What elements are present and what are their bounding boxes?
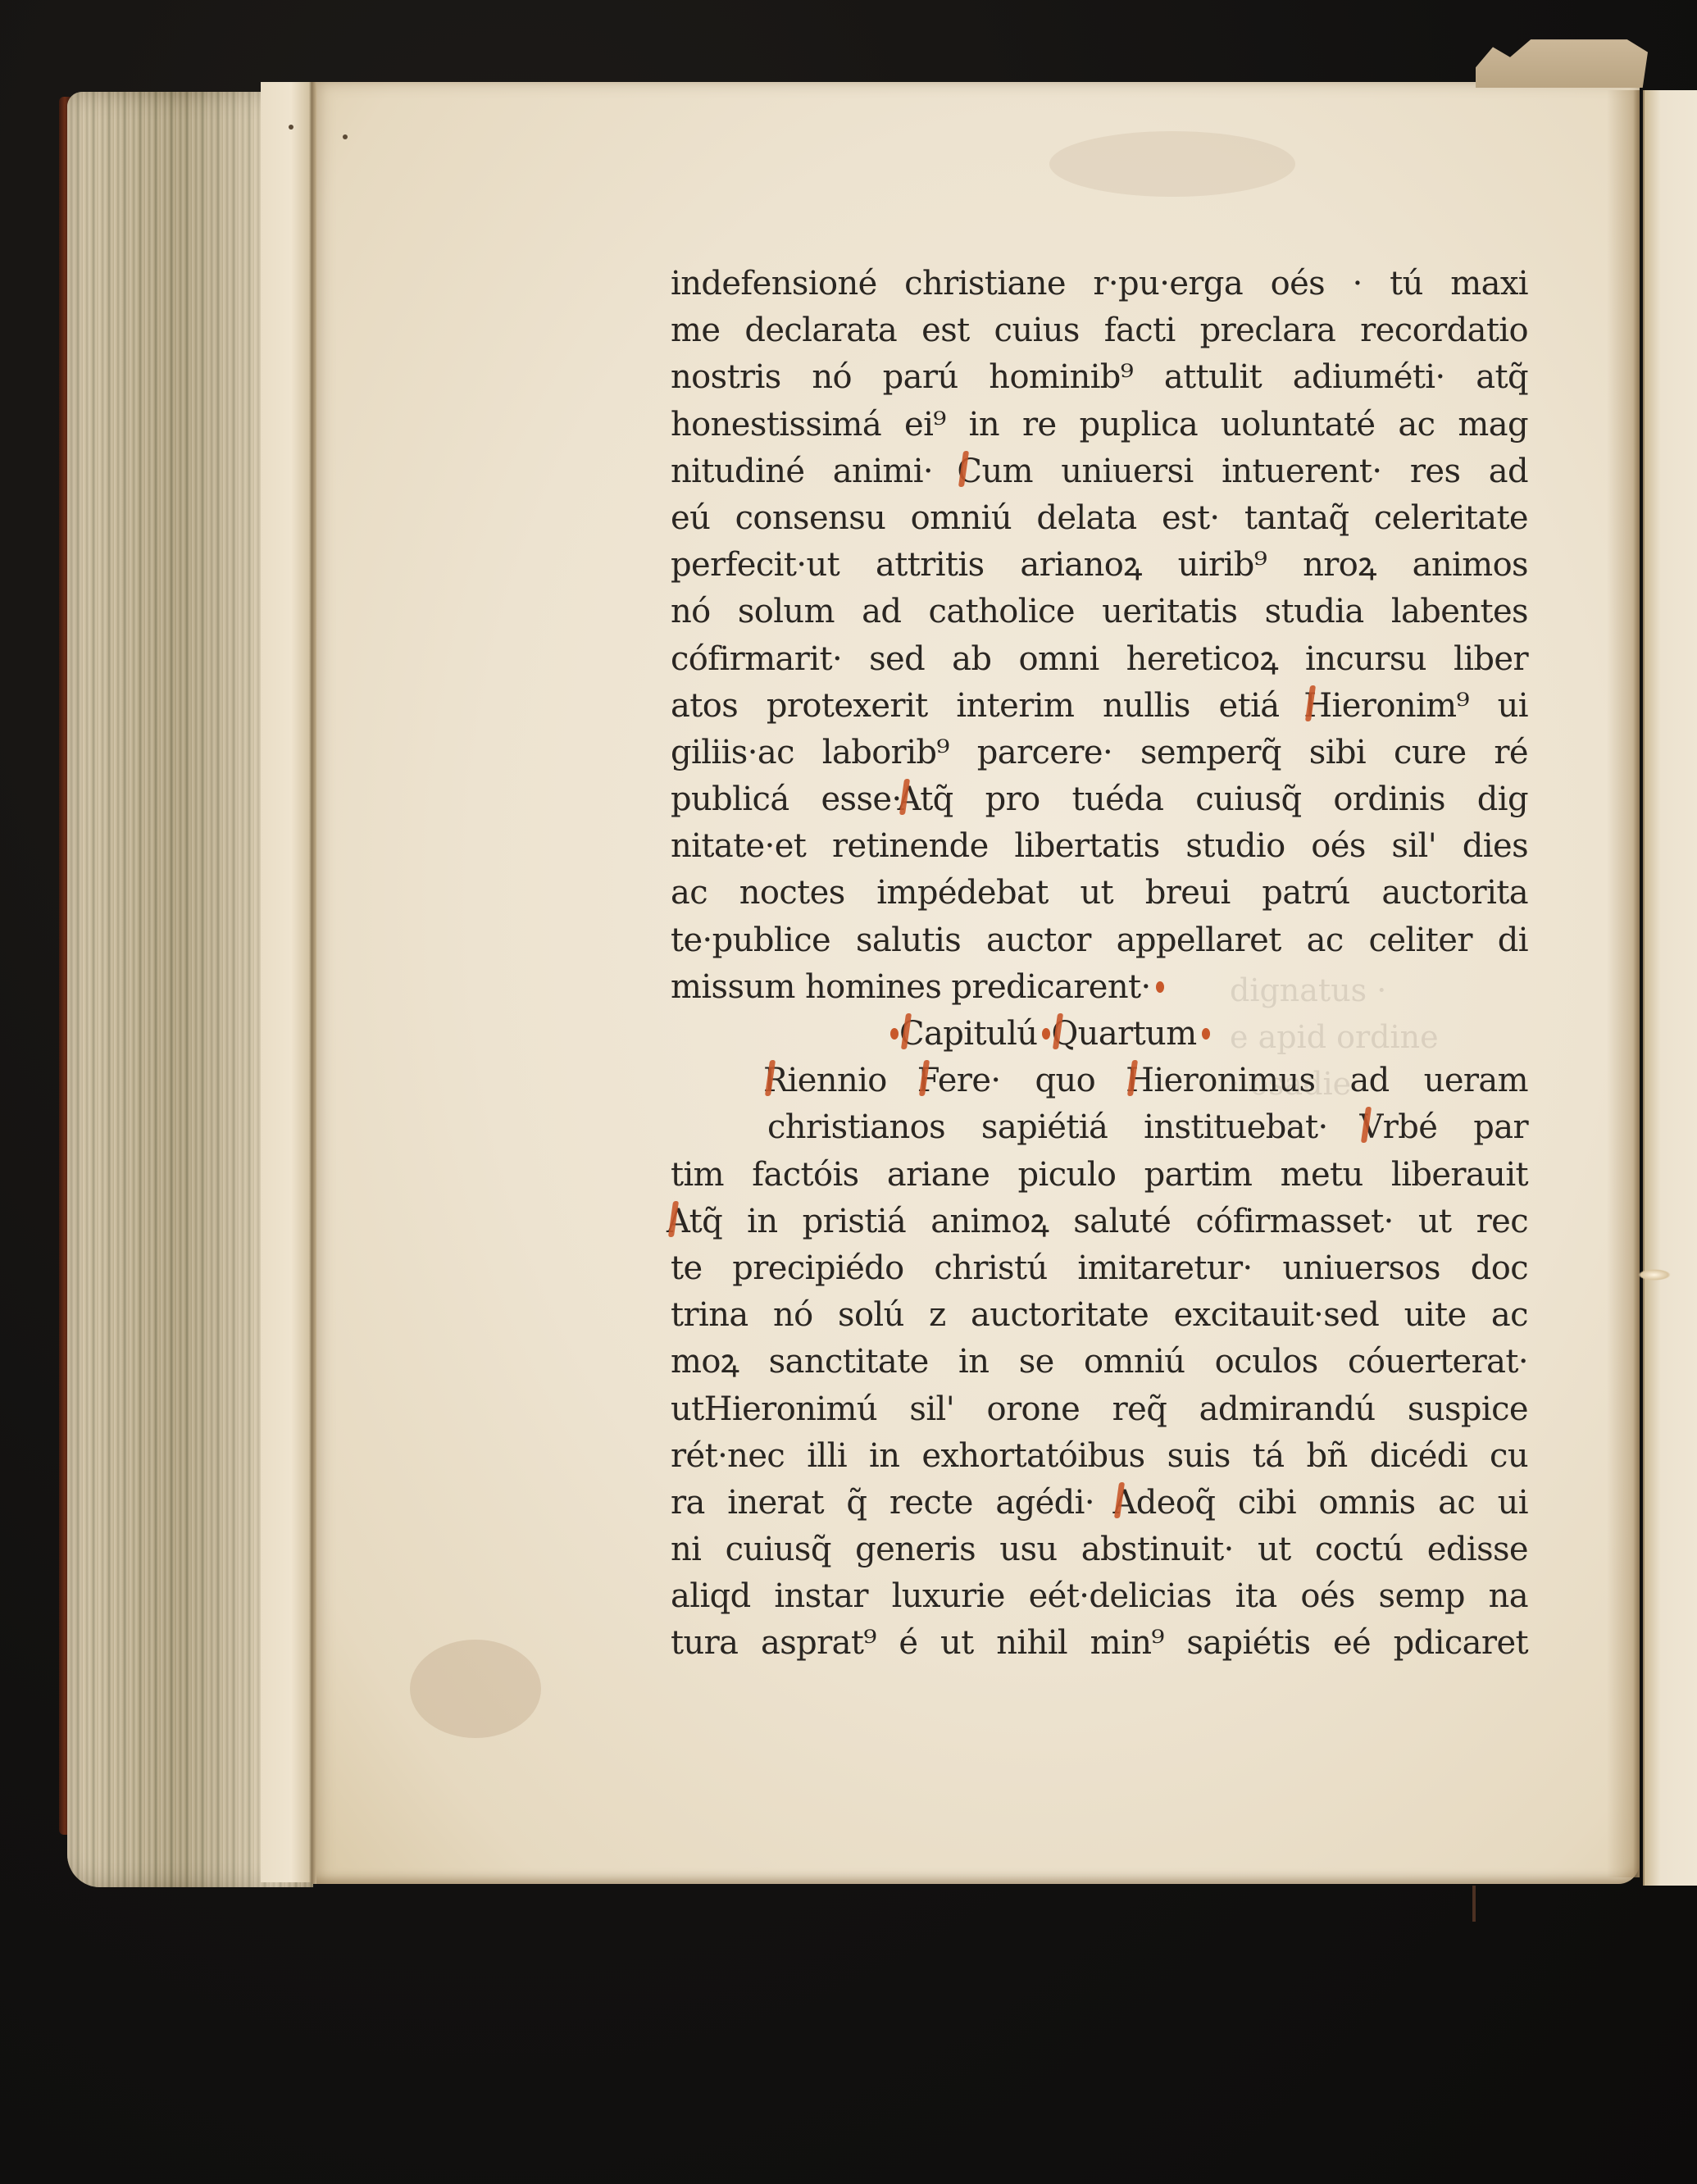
text-line: christianos sapiétiá instituebat· Vrbé p… <box>671 1104 1528 1151</box>
text-line: Atq̃ in pristiá animoꝝ saluté cófirmasse… <box>671 1199 1528 1245</box>
text-line: nitudiné animi· Cum uniuersi intuerent· … <box>671 448 1528 495</box>
rubrication-dot <box>890 1028 899 1040</box>
text-segment: ere· quo <box>938 1062 1130 1099</box>
text-line: publicá esse·Atq̃ pro tuéda cuiusq̃ ordi… <box>671 776 1528 823</box>
adjacent-leaf-edge <box>261 82 312 1882</box>
facing-leaf-edge <box>1643 90 1697 1886</box>
text-segment: christianos sapiétiá instituebat· <box>767 1108 1363 1146</box>
text-line: rét·nec illi in exhortatóibus suis tá bñ… <box>671 1433 1528 1480</box>
text-line: te precipiédo christú imitaretur· uniuer… <box>671 1245 1528 1292</box>
rubrication-dot <box>1202 1028 1210 1040</box>
text-segment: rbé par <box>1383 1108 1528 1146</box>
text-line: aliqd instar luxurie eét·delicias ita oé… <box>671 1573 1528 1620</box>
text-line: trina nó solú z auctoritate excitauit·se… <box>671 1292 1528 1339</box>
stain-mark <box>1472 1886 1476 1922</box>
text-line: TRiennio Fere· quo Hieronimus ad ueram <box>671 1058 1528 1104</box>
text-line: giliis·ac laborib⁹ parcere· semperq̃ sib… <box>671 730 1528 776</box>
heading-word: apitulú <box>924 1015 1037 1053</box>
text-segment: tq̃ pro tuéda cuiusq̃ ordinis dig <box>920 780 1528 818</box>
text-segment: missum homines predicarent· <box>671 968 1151 1006</box>
text-line: ni cuiusq̃ generis usu abstinuit· ut coc… <box>671 1527 1528 1573</box>
prick-mark <box>289 125 293 130</box>
text-line: ac noctes impédebat ut breui patrú aucto… <box>671 870 1528 917</box>
text-line: utHieronimú sil' orone req̃ admirandú su… <box>671 1386 1528 1433</box>
text-line: moꝝ sanctitate in se omniú oculos cóuert… <box>671 1339 1528 1385</box>
text-line: eú consensu omniú delata est· tantaq̃ ce… <box>671 495 1528 542</box>
text-segment: publicá esse· <box>671 780 902 818</box>
foxing-stain <box>410 1640 541 1738</box>
text-line: cófirmarit· sed ab omni hereticoꝝ incurs… <box>671 636 1528 683</box>
text-segment: deoq̃ cibi omnis ac ui <box>1136 1484 1528 1522</box>
text-segment: atos protexerit interim nullis etiá <box>671 687 1308 725</box>
text-line: te·publice salutis auctor appellaret ac … <box>671 917 1528 964</box>
sewing-tear <box>1638 1269 1671 1281</box>
rubrication-dot <box>1042 1028 1050 1040</box>
foxing-stain <box>1049 131 1295 197</box>
text-line: nó solum ad catholice ueritatis studia l… <box>671 589 1528 635</box>
text-segment: tq̃ in pristiá animoꝝ saluté cófirmasset… <box>689 1203 1528 1240</box>
text-line: perfecit·ut attritis arianoꝝ uirib⁹ nroꝝ… <box>671 542 1528 589</box>
chapter-heading: CapitulúQuartum <box>671 1011 1528 1058</box>
text-segment: Riennio <box>763 1062 921 1099</box>
gutter-shadow <box>1607 90 1640 1877</box>
text-line: atos protexerit interim nullis etiá Hier… <box>671 683 1528 730</box>
printed-text-block: indefensioné christiane r·pu·erga oés · … <box>671 261 1528 1668</box>
text-segment: um uniuersi intuerent· res ad <box>981 453 1528 490</box>
text-line: ra inerat q̃ recte agédi· Adeoq̃ cibi om… <box>671 1480 1528 1527</box>
text-line: tura asprat⁹ é ut nihil min⁹ sapiétis eé… <box>671 1620 1528 1667</box>
text-line: missum homines predicarent· <box>671 964 1528 1011</box>
text-line: tim factóis ariane piculo partim metu li… <box>671 1152 1528 1199</box>
rubrication-dot <box>1156 981 1164 993</box>
text-line: nitate·et retinende libertatis studio oé… <box>671 823 1528 870</box>
text-segment: ieronimus ad ueram <box>1153 1062 1528 1099</box>
text-line: indefensioné christiane r·pu·erga oés · … <box>671 261 1528 307</box>
heading-word: uartum <box>1078 1015 1197 1053</box>
text-line: honestissimá ei⁹ in re puplica uoluntaté… <box>671 402 1528 448</box>
text-line: nostris nó parú hominib⁹ attulit adiumét… <box>671 354 1528 401</box>
prick-mark <box>343 134 348 139</box>
text-line: me declarata est cuius facti preclara re… <box>671 307 1528 354</box>
text-segment: nitudiné animi· <box>671 453 961 490</box>
text-segment: ieronim⁹ ui <box>1332 687 1528 725</box>
text-segment: ra inerat q̃ recte agédi· <box>671 1484 1117 1522</box>
